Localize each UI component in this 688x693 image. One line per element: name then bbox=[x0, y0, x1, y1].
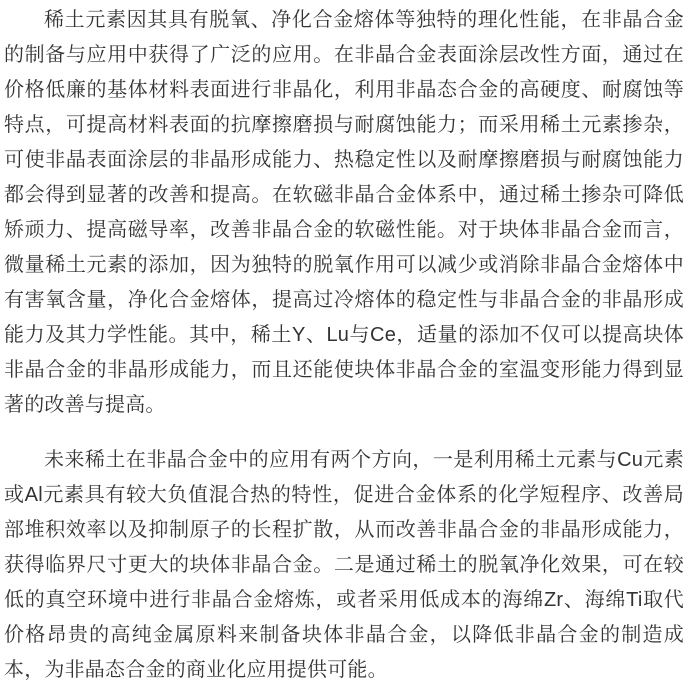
paragraph-future-directions: 未来稀土在非晶合金中的应用有两个方向，一是利用稀土元素与Cu元素或Al元素具有较… bbox=[4, 443, 684, 688]
document-page: 稀土元素因其具有脱氧、净化合金熔体等独特的理化性能，在非晶合金的制备与应用中获得… bbox=[0, 0, 688, 693]
paragraph-rare-earth-applications: 稀土元素因其具有脱氧、净化合金熔体等独特的理化性能，在非晶合金的制备与应用中获得… bbox=[4, 3, 684, 423]
